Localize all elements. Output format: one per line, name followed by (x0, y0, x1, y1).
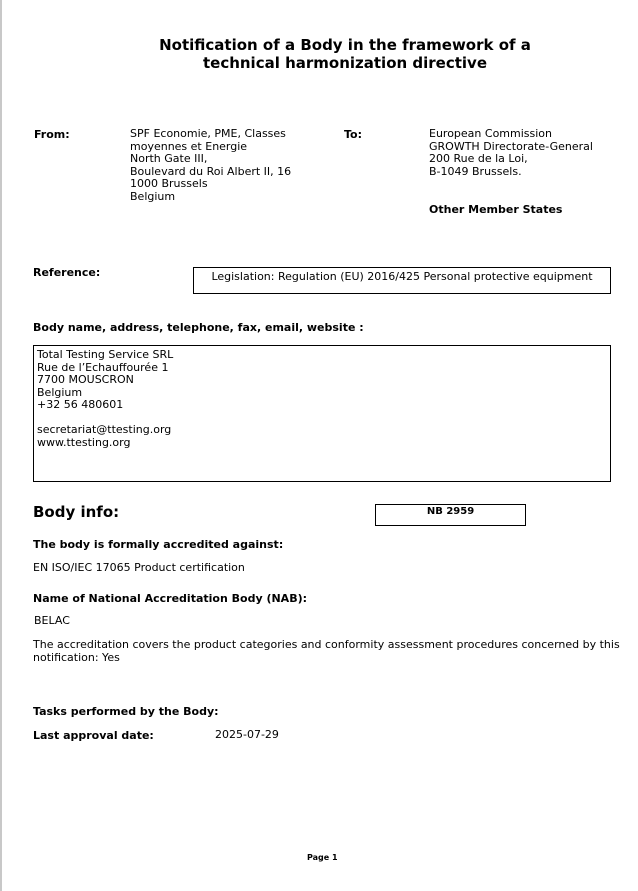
from-line: Belgium (130, 191, 291, 204)
from-label: From: (34, 128, 70, 141)
body-contact-lines: Total Testing Service SRL Rue de l’Echau… (37, 349, 173, 449)
from-line: North Gate III, (130, 153, 291, 166)
nab-value: BELAC (34, 615, 70, 628)
to-label: To: (344, 128, 362, 141)
reference-label: Reference: (33, 266, 100, 279)
tasks-label: Tasks performed by the Body: (33, 705, 219, 718)
title-line-2: technical harmonization directive (120, 54, 570, 72)
nb-number: NB 2959 (376, 505, 525, 518)
to-line: B-1049 Brussels. (429, 166, 593, 179)
accredited-label: The body is formally accredited against: (33, 538, 283, 551)
nb-number-box: NB 2959 (375, 504, 526, 526)
coverage-line-2: notification: Yes (33, 652, 620, 665)
reference-value: Legislation: Regulation (EU) 2016/425 Pe… (194, 270, 610, 283)
to-address: European Commission GROWTH Directorate-G… (429, 128, 593, 178)
body-website: www.ttesting.org (37, 437, 173, 450)
body-info-heading: Body info: (33, 503, 119, 521)
to-line: 200 Rue de la Loi, (429, 153, 593, 166)
page-number: Page 1 (307, 853, 338, 863)
body-contact-box: Total Testing Service SRL Rue de l’Echau… (33, 345, 611, 482)
approval-date-label: Last approval date: (33, 729, 154, 742)
other-member-states: Other Member States (429, 203, 562, 216)
approval-date-value: 2025-07-29 (215, 729, 279, 742)
body-email: secretariat@ttesting.org (37, 424, 173, 437)
page-edge (0, 0, 2, 891)
title-line-1: Notification of a Body in the framework … (120, 36, 570, 54)
from-address: SPF Economie, PME, Classes moyennes et E… (130, 128, 291, 204)
body-telephone: +32 56 480601 (37, 399, 173, 412)
nab-label: Name of National Accreditation Body (NAB… (33, 592, 307, 605)
document-title: Notification of a Body in the framework … (120, 36, 570, 72)
coverage-line-1: The accreditation covers the product cat… (33, 639, 620, 652)
reference-box: Legislation: Regulation (EU) 2016/425 Pe… (193, 267, 611, 294)
coverage-statement: The accreditation covers the product cat… (33, 639, 620, 664)
to-line: European Commission (429, 128, 593, 141)
from-line: SPF Economie, PME, Classes (130, 128, 291, 141)
accredited-value: EN ISO/IEC 17065 Product certification (33, 562, 245, 575)
body-city: 7700 MOUSCRON (37, 374, 173, 387)
body-contact-label: Body name, address, telephone, fax, emai… (33, 321, 364, 334)
body-name: Total Testing Service SRL (37, 349, 173, 362)
